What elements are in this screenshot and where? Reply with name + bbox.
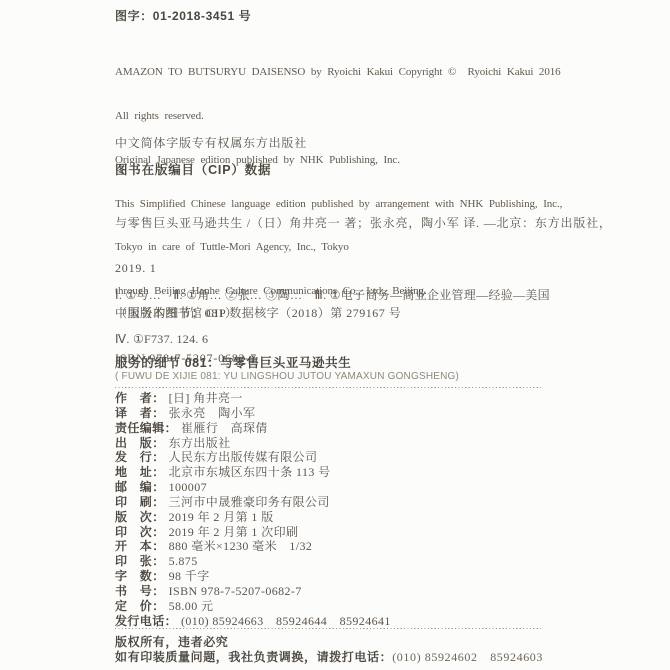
colophon-label: 邮 编： (115, 480, 165, 494)
colophon-value: 北京市东城区东四十条 113 号 (169, 465, 331, 479)
colophon-value: [日] 角井亮一 (169, 391, 243, 405)
dotted-divider-bottom (115, 628, 543, 630)
colophon-label: 作 者： (115, 391, 165, 405)
colophon-value: ISBN 978-7-5207-0682-7 (169, 584, 302, 598)
colophon-row: 定 价：58.00 元 (115, 599, 391, 614)
colophon-row: 邮 编：100007 (115, 480, 391, 495)
book-copyright-page: 图字：01-2018-3451 号 AMAZON TO BUTSURYU DAI… (0, 0, 670, 670)
colophon-row: 印 刷：三河市中晟雅豪印务有限公司 (115, 495, 391, 510)
colophon-label: 出 版： (115, 436, 165, 450)
colophon-row: 印 次：2019 年 2 月第 1 次印刷 (115, 525, 391, 540)
series-title-pinyin: ( FUWU DE XIJIE 081: YU LINGSHOU JUTOU Y… (115, 371, 459, 382)
cip-description-line: 与零售巨头亚马逊共生 /（日）角井亮一 著；张永亮，陶小军 译. —北京：东方出… (115, 216, 612, 231)
colophon-row: 发行电话：(010) 85924663 85924644 85924641 (115, 614, 391, 629)
cip-classification-line: Ⅰ. ①与… Ⅱ. ①角… ②张… ③陶… Ⅲ. ①电子商务—商业企业管理—经验… (115, 288, 550, 303)
colophon-row: 发 行：人民东方出版传媒有限公司 (115, 450, 391, 465)
colophon-label: 地 址： (115, 465, 165, 479)
colophon-row: 版 次：2019 年 2 月第 1 版 (115, 510, 391, 525)
colophon-label: 定 价： (115, 599, 165, 613)
colophon-label: 印 刷： (115, 495, 165, 509)
colophon-row: 地 址：北京市东城区东四十条 113 号 (115, 465, 391, 480)
colophon-label: 字 数： (115, 569, 165, 583)
colophon-row: 开 本：880 毫米×1230 毫米 1/32 (115, 539, 391, 554)
colophon-value: 98 千字 (169, 569, 210, 583)
colophon-row: 译 者：张永亮 陶小军 (115, 406, 391, 421)
colophon-value: 58.00 元 (169, 599, 214, 613)
colophon-row: 印 张：5.875 (115, 554, 391, 569)
register-number: 图字：01-2018-3451 号 (115, 7, 251, 24)
colophon-row: 作 者：[日] 角井亮一 (115, 391, 391, 406)
colophon-block: 作 者：[日] 角井亮一 译 者：张永亮 陶小军 责任编辑：崔雁行 高琛倩 出 … (115, 391, 391, 629)
colophon-row: 字 数：98 千字 (115, 569, 391, 584)
colophon-label: 印 张： (115, 554, 165, 568)
colophon-value: 张永亮 陶小军 (169, 406, 256, 420)
colophon-value: 5.875 (169, 554, 198, 568)
colophon-value: (010) 85924663 85924644 85924641 (181, 614, 391, 628)
colophon-label: 发行电话： (115, 614, 177, 628)
copyright-line: All rights reserved. (115, 109, 562, 124)
colophon-label: 发 行： (115, 450, 165, 464)
colophon-row: 出 版：东方出版社 (115, 436, 391, 451)
colophon-value: 100007 (169, 480, 207, 494)
colophon-label: 版 次： (115, 510, 165, 524)
colophon-value: 崔雁行 高琛倩 (181, 421, 268, 435)
series-title: 服务的细节 081：与零售巨头亚马逊共生 (115, 353, 351, 371)
cip-heading: 图书在版编目（CIP）数据 (115, 160, 271, 178)
cip-record-line: 中国版本图书馆 CIP 数据核字（2018）第 279167 号 (115, 304, 401, 321)
quality-phone-numbers: (010) 85924602 85924603 (392, 650, 543, 664)
colophon-value: 人民东方出版传媒有限公司 (169, 450, 318, 464)
colophon-label: 开 本： (115, 539, 165, 553)
colophon-row: 书 号：ISBN 978-7-5207-0682-7 (115, 584, 391, 599)
quality-notice-text: 如有印装质量问题，我社负责调换，请拨打电话： (115, 650, 392, 664)
colophon-label: 译 者： (115, 406, 165, 420)
dotted-divider-top (115, 387, 543, 389)
colophon-value: 2019 年 2 月第 1 版 (169, 510, 274, 524)
chinese-rights-line: 中文简体字版专有权属东方出版社 (115, 134, 307, 151)
colophon-value: 2019 年 2 月第 1 次印刷 (169, 525, 299, 539)
colophon-value: 东方出版社 (169, 436, 231, 450)
colophon-value: 880 毫米×1230 毫米 1/32 (169, 539, 313, 553)
colophon-label: 印 次： (115, 525, 165, 539)
colophon-label: 书 号： (115, 584, 165, 598)
colophon-value: 三河市中晟雅豪印务有限公司 (169, 495, 330, 509)
cip-classification-line: Ⅳ. ①F737. 124. 6 (115, 332, 550, 347)
colophon-label: 责任编辑： (115, 421, 177, 435)
colophon-row: 责任编辑：崔雁行 高琛倩 (115, 421, 391, 436)
copyright-line: AMAZON TO BUTSURYU DAISENSO by Ryoichi K… (115, 65, 562, 80)
quality-notice: 如有印装质量问题，我社负责调换，请拨打电话：(010) 85924602 859… (115, 648, 543, 665)
